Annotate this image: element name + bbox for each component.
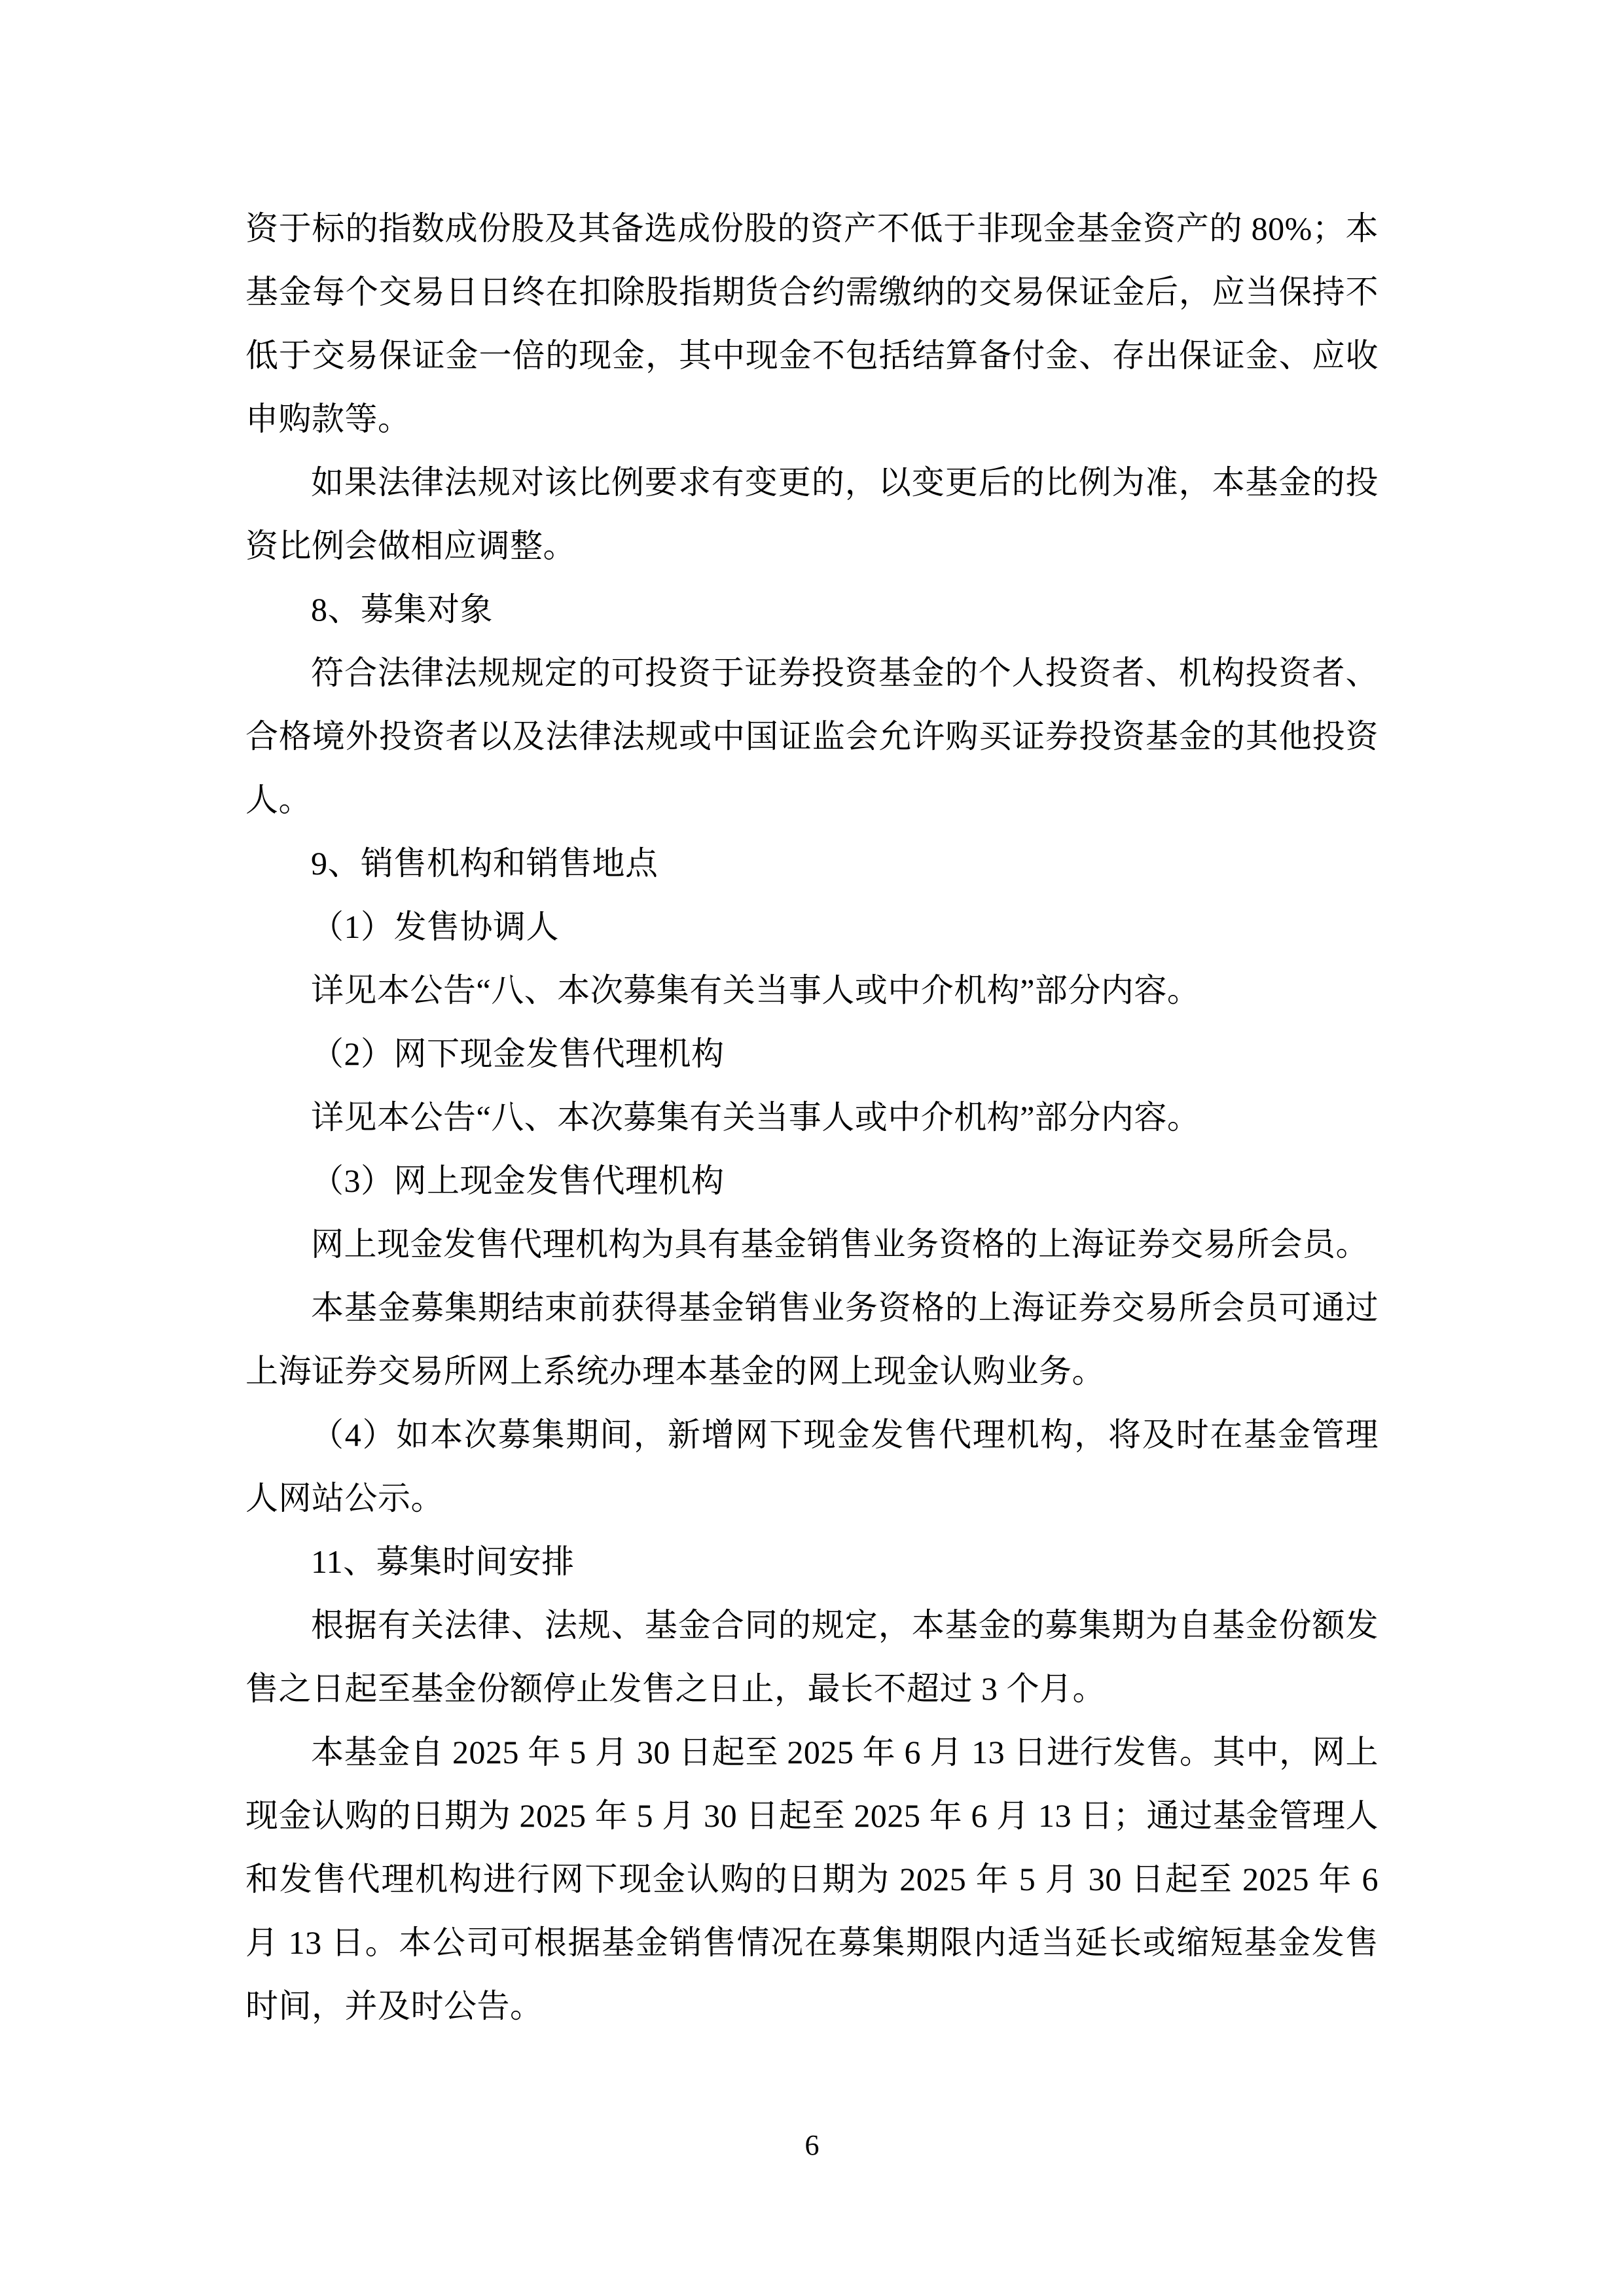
paragraph: 如果法律法规对该比例要求有变更的，以变更后的比例为准，本基金的投资比例会做相应调… (245, 451, 1379, 578)
document-page: 资于标的指数成份股及其备选成份股的资产不低于非现金基金资产的 80%；本基金每个… (0, 0, 1624, 2296)
paragraph: （4）如本次募集期间，新增网下现金发售代理机构，将及时在基金管理人网站公示。 (245, 1403, 1379, 1530)
subsection-heading: （2）网下现金发售代理机构 (245, 1022, 1379, 1086)
subsection-heading: （1）发售协调人 (245, 895, 1379, 959)
paragraph: 网上现金发售代理机构为具有基金销售业务资格的上海证券交易所会员。 (245, 1213, 1379, 1276)
page-number: 6 (805, 2129, 820, 2161)
paragraph: 本基金募集期结束前获得基金销售业务资格的上海证券交易所会员可通过上海证券交易所网… (245, 1276, 1379, 1403)
subsection-heading: （3）网上现金发售代理机构 (245, 1149, 1379, 1213)
paragraph: 资于标的指数成份股及其备选成份股的资产不低于非现金基金资产的 80%；本基金每个… (245, 197, 1379, 451)
document-body: 资于标的指数成份股及其备选成份股的资产不低于非现金基金资产的 80%；本基金每个… (245, 197, 1379, 2038)
paragraph: 详见本公告“八、本次募集有关当事人或中介机构”部分内容。 (245, 959, 1379, 1022)
paragraph: 符合法律法规规定的可投资于证券投资基金的个人投资者、机构投资者、合格境外投资者以… (245, 641, 1379, 832)
paragraph: 根据有关法律、法规、基金合同的规定，本基金的募集期为自基金份额发售之日起至基金份… (245, 1594, 1379, 1721)
paragraph: 本基金自 2025 年 5 月 30 日起至 2025 年 6 月 13 日进行… (245, 1721, 1379, 2038)
section-heading: 8、募集对象 (245, 578, 1379, 641)
section-heading: 11、募集时间安排 (245, 1530, 1379, 1594)
page-footer: 6 (0, 2129, 1624, 2162)
paragraph: 详见本公告“八、本次募集有关当事人或中介机构”部分内容。 (245, 1086, 1379, 1149)
section-heading: 9、销售机构和销售地点 (245, 832, 1379, 895)
